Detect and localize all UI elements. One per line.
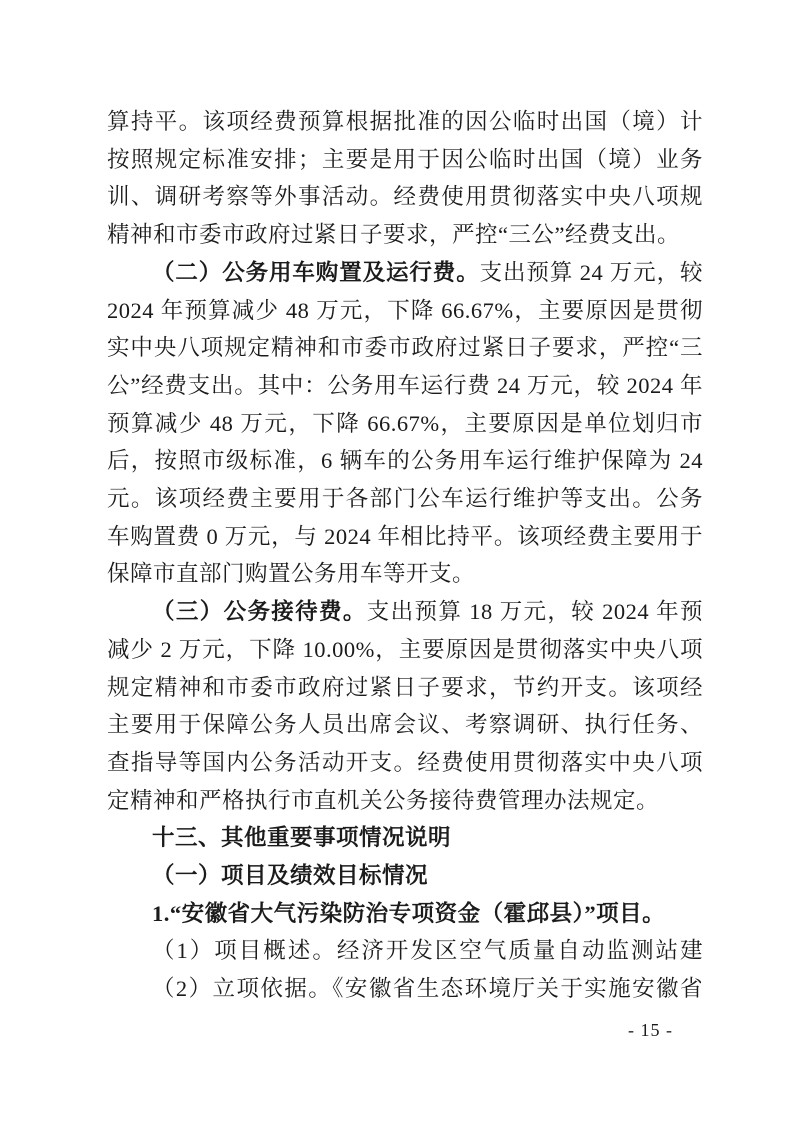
body-text: （1）项目概述。经济开发区空气质量自动监测站建设。 <box>107 938 703 970</box>
text-line: 保障市直部门购置公务用车等开支。 <box>107 555 703 593</box>
text-line: 减少 2 万元，下降 10.00%，主要原因是贯彻落实中央八项 <box>107 631 703 669</box>
heading-vehicle-expense: （二）公务用车购置及运行费。支出预算 24 万元，较 <box>107 254 703 292</box>
heading-text: 十三、其他重要事项情况说明 <box>152 825 451 850</box>
body-text: 训、调研考察等外事活动。经费使用贯彻落实中央八项规定 <box>107 184 703 216</box>
page-number: - 15 - <box>628 1019 673 1041</box>
document-page: 算持平。该项经费预算根据批准的因公临时出国（境）计划，按照规定标准安排；主要是用… <box>0 0 793 1122</box>
heading-section-13: 十三、其他重要事项情况说明 <box>107 819 703 857</box>
body-text: 主要用于保障公务人员出席会议、考察调研、执行任务、检 <box>107 712 703 744</box>
body-text: 支出预算 24 万元，较 <box>480 260 703 285</box>
heading-text: 1.“安徽省大气污染防治专项资金（霍邱县）”项目。 <box>152 901 665 926</box>
body-text: 2024 年预算减少 48 万元，下降 66.67%，主要原因是贯彻落 <box>107 298 703 330</box>
body-text: 算持平。该项经费预算根据批准的因公临时出国（境）计划， <box>107 109 703 141</box>
body-text: 减少 2 万元，下降 10.00%，主要原因是贯彻落实中央八项 <box>107 637 703 662</box>
body-text: 公”经费支出。其中：公务用车运行费 24 万元，较 2024 年 <box>107 373 703 398</box>
text-line: 算持平。该项经费预算根据批准的因公临时出国（境）计划， <box>107 103 703 141</box>
text-line: 预算减少 48 万元，下降 66.67%，主要原因是单位划归市级 <box>107 405 703 443</box>
heading-project-goals: （一）项目及绩效目标情况 <box>107 857 703 895</box>
body-text: （2）立项依据。《安徽省生态环境厅关于实施安徽省 <box>152 976 703 1001</box>
body-text: 预算减少 48 万元，下降 66.67%，主要原因是单位划归市级 <box>107 411 703 443</box>
text-line: 元。该项经费主要用于各部门公车运行维护等支出。公务用 <box>107 480 703 518</box>
heading-text: （三）公务接待费。 <box>152 599 367 624</box>
body-text: 定精神和严格执行市直机关公务接待费管理办法规定。 <box>107 788 659 813</box>
body-text: 按照规定标准安排；主要是用于因公临时出国（境）业务培 <box>107 147 703 179</box>
body-text: 元。该项经费主要用于各部门公车运行维护等支出。公务用 <box>107 486 703 518</box>
body-text: 规定精神和市委市政府过紧日子要求，节约开支。该项经费 <box>107 675 703 707</box>
heading-text: （二）公务用车购置及运行费。 <box>152 260 480 285</box>
text-line: 后，按照市级标准，6 辆车的公务用车运行维护保障为 24 万 <box>107 442 703 480</box>
body-text: 后，按照市级标准，6 辆车的公务用车运行维护保障为 24 万 <box>107 448 703 480</box>
text-line: （1）项目概述。经济开发区空气质量自动监测站建设。 <box>107 932 703 970</box>
text-line: 车购置费 0 万元，与 2024 年相比持平。该项经费主要用于 <box>107 518 703 556</box>
text-line: 公”经费支出。其中：公务用车运行费 24 万元，较 2024 年 <box>107 367 703 405</box>
heading-project-title: 1.“安徽省大气污染防治专项资金（霍邱县）”项目。 <box>107 895 703 933</box>
body-text: 精神和市委市政府过紧日子要求，严控“三公”经费支出。 <box>107 222 680 247</box>
body-text: 实中央八项规定精神和市委市政府过紧日子要求，严控“三 <box>107 335 703 360</box>
text-line: 定精神和严格执行市直机关公务接待费管理办法规定。 <box>107 782 703 820</box>
text-line: 规定精神和市委市政府过紧日子要求，节约开支。该项经费 <box>107 669 703 707</box>
text-line: 查指导等国内公务活动开支。经费使用贯彻落实中央八项规 <box>107 744 703 782</box>
heading-reception-expense: （三）公务接待费。支出预算 18 万元，较 2024 年预算 <box>107 593 703 631</box>
text-line: 主要用于保障公务人员出席会议、考察调研、执行任务、检 <box>107 706 703 744</box>
text-line: （2）立项依据。《安徽省生态环境厅关于实施安徽省 <box>107 970 703 1008</box>
body-text: 保障市直部门购置公务用车等开支。 <box>107 561 475 586</box>
text-line: 2024 年预算减少 48 万元，下降 66.67%，主要原因是贯彻落 <box>107 292 703 330</box>
text-line: 精神和市委市政府过紧日子要求，严控“三公”经费支出。 <box>107 216 703 254</box>
document-body: 算持平。该项经费预算根据批准的因公临时出国（境）计划，按照规定标准安排；主要是用… <box>107 103 703 1008</box>
heading-text: （一）项目及绩效目标情况 <box>152 863 428 888</box>
text-line: 实中央八项规定精神和市委市政府过紧日子要求，严控“三 <box>107 329 703 367</box>
text-line: 训、调研考察等外事活动。经费使用贯彻落实中央八项规定 <box>107 178 703 216</box>
body-text: 查指导等国内公务活动开支。经费使用贯彻落实中央八项规 <box>107 750 703 782</box>
text-line: 按照规定标准安排；主要是用于因公临时出国（境）业务培 <box>107 141 703 179</box>
body-text: 车购置费 0 万元，与 2024 年相比持平。该项经费主要用于 <box>107 524 703 549</box>
